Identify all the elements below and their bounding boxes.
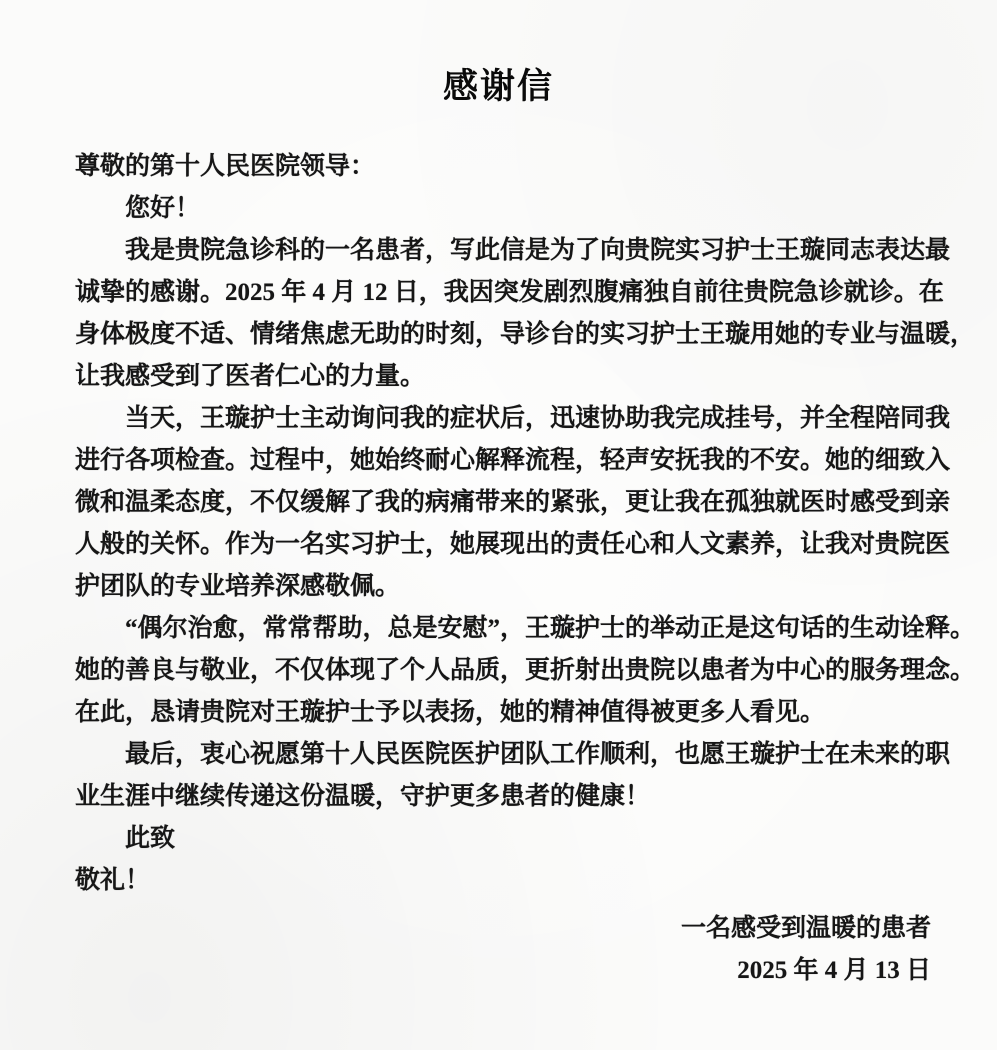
letter-line: 护团队的专业培养深感敬佩。 (75, 566, 933, 608)
signature-block: 一名感受到温暖的患者 2025 年 4 月 13 日 (75, 908, 933, 992)
letter-line: 人般的关怀。作为一名实习护士，她展现出的责任心和人文素养，让我对贵院医 (75, 524, 933, 566)
letter-line: 她的善良与敬业，不仅体现了个人品质，更折射出贵院以患者为中心的服务理念。 (75, 650, 933, 692)
greeting-line: 您好！ (75, 188, 933, 230)
closing-cizhi: 此致 (75, 818, 933, 860)
letter-line: 业生涯中继续传递这份温暖，守护更多患者的健康！ (75, 776, 933, 818)
letter-line: 诚挚的感谢。2025 年 4 月 12 日，我因突发剧烈腹痛独自前往贵院急诊就诊… (75, 272, 933, 314)
letter-line: 身体极度不适、情绪焦虑无助的时刻，导诊台的实习护士王璇用她的专业与温暖， (75, 314, 933, 356)
signature-line: 一名感受到温暖的患者 (75, 908, 933, 950)
letter-line: 进行各项检查。过程中，她始终耐心解释流程，轻声安抚我的不安。她的细致入 (75, 440, 933, 482)
quote-line: “偶尔治愈，常常帮助，总是安慰”，王璇护士的举动正是这句话的生动诠释。 (75, 608, 933, 650)
salutation-line: 尊敬的第十人民医院领导： (75, 146, 933, 188)
letter-line: 让我感受到了医者仁心的力量。 (75, 356, 933, 398)
letter-line: 我是贵院急诊科的一名患者，写此信是为了向贵院实习护士王璇同志表达最 (75, 230, 933, 272)
letter-line: 微和温柔态度，不仅缓解了我的病痛带来的紧张，更让我在孤独就医时感受到亲 (75, 482, 933, 524)
letter-line: 最后，衷心祝愿第十人民医院医护团队工作顺利，也愿王璇护士在未来的职 (75, 734, 933, 776)
letter-title: 感谢信 (0, 66, 997, 108)
letter-line: 当天，王璇护士主动询问我的症状后，迅速协助我完成挂号，并全程陪同我 (75, 398, 933, 440)
letter-body: 尊敬的第十人民医院领导： 您好！ 我是贵院急诊科的一名患者，写此信是为了向贵院实… (0, 146, 997, 992)
letter-page: 感谢信 尊敬的第十人民医院领导： 您好！ 我是贵院急诊科的一名患者，写此信是为了… (0, 0, 997, 1050)
date-line: 2025 年 4 月 13 日 (75, 950, 933, 992)
closing-jingli: 敬礼！ (75, 860, 933, 902)
letter-line: 在此，恳请贵院对王璇护士予以表扬，她的精神值得被更多人看见。 (75, 692, 933, 734)
